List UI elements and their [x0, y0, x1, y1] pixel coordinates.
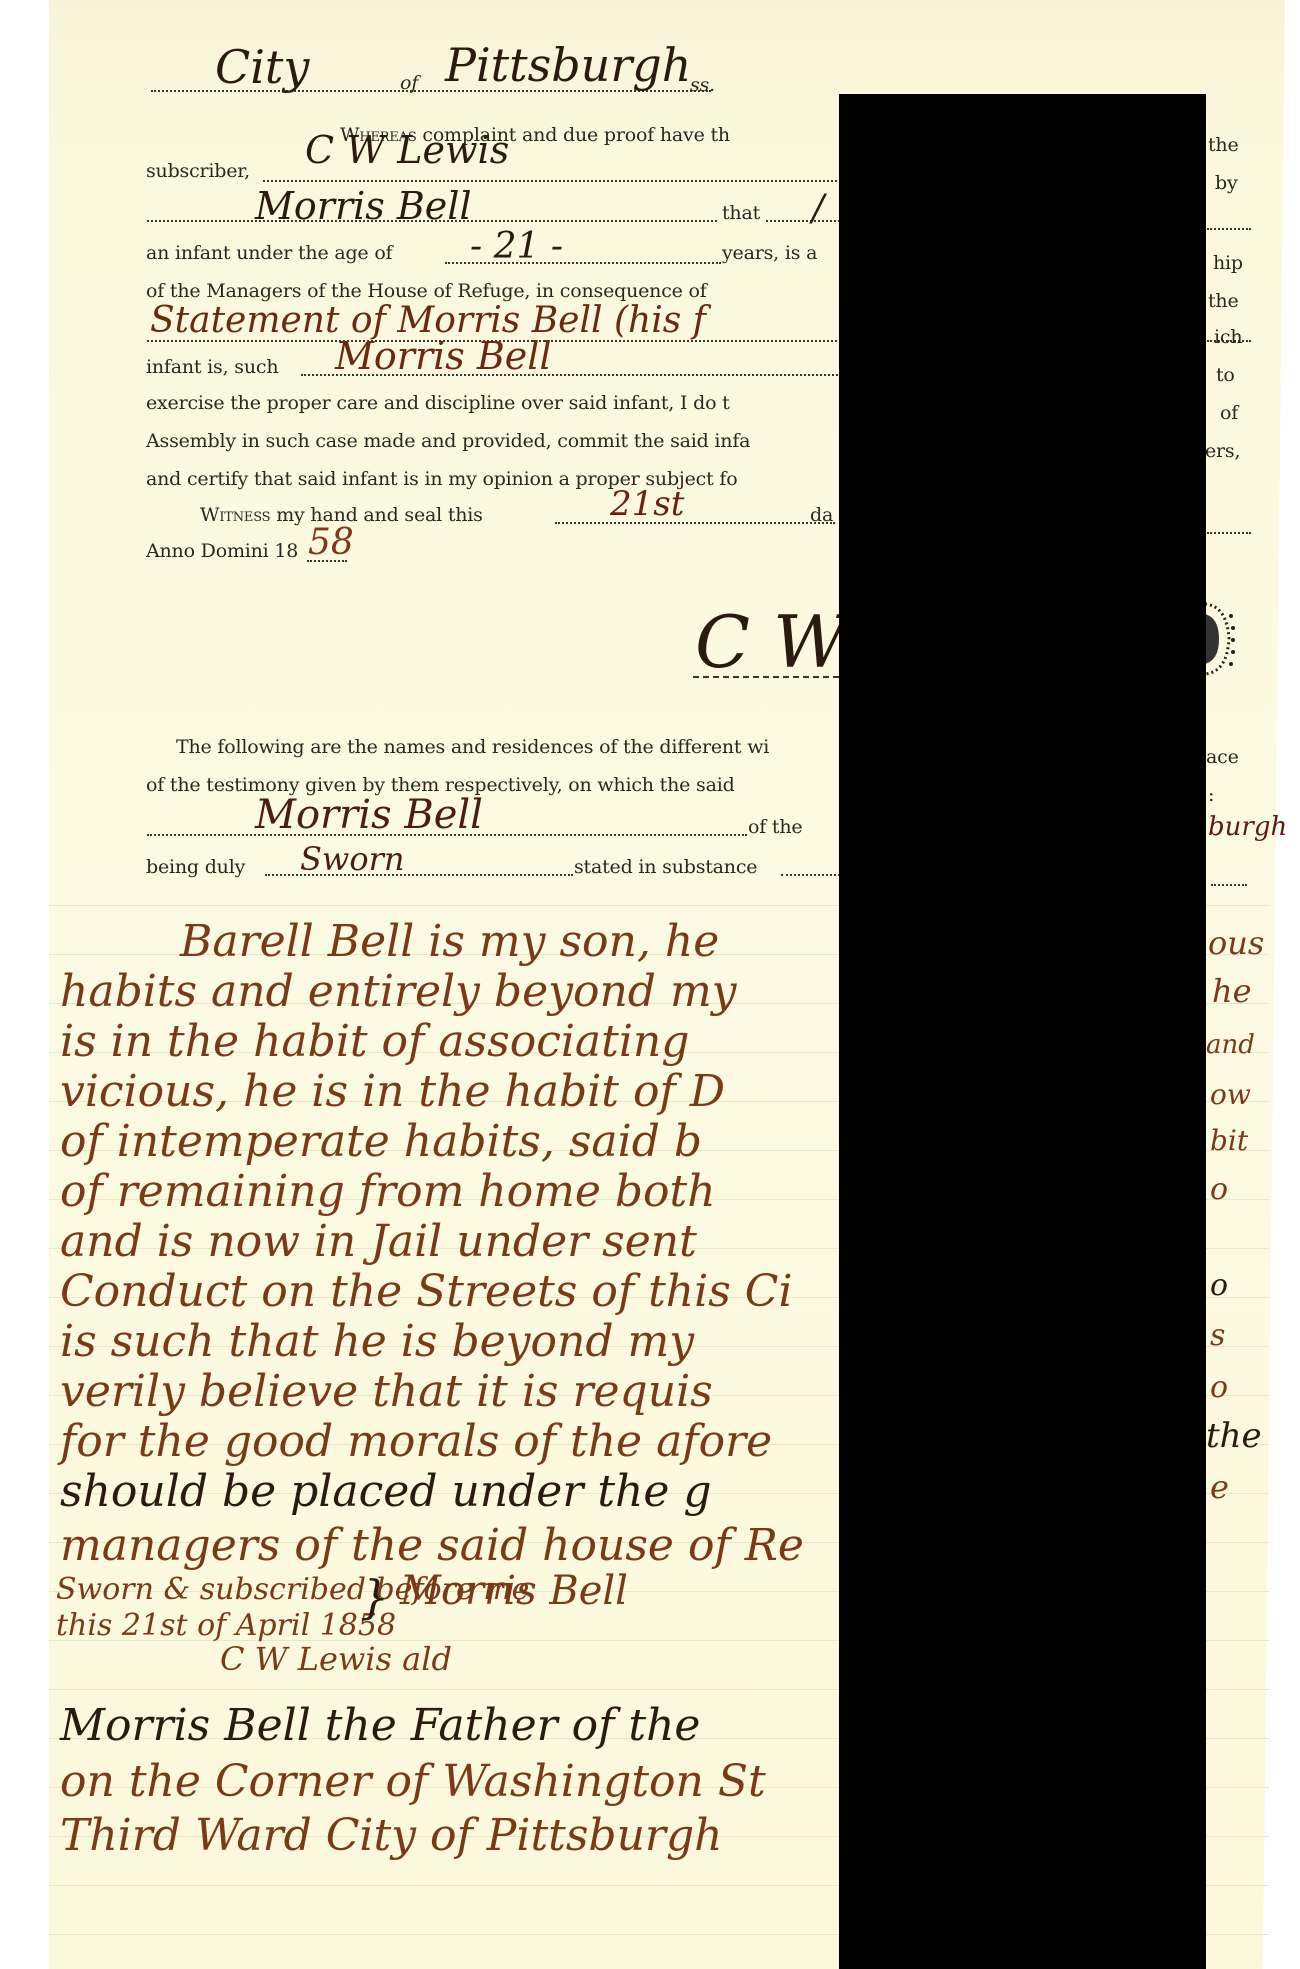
- witness-name-handwritten: Morris Bell: [255, 792, 483, 838]
- testimony-line-right: bit: [1210, 1124, 1248, 1157]
- testimony-line-right: s: [1210, 1318, 1225, 1353]
- form-line5-text: of the Managers of the House of Refuge, …: [146, 280, 707, 302]
- stated-in-substance-label: stated in substance: [574, 856, 757, 878]
- testimony-line: of remaining from home both: [60, 1166, 716, 1217]
- deponent-signature: Morris Bell: [400, 1568, 628, 1614]
- testimony-line: of intemperate habits, said b: [60, 1116, 702, 1167]
- witnesses-intro-line1-right: ace: [1206, 746, 1239, 768]
- testimony-line: Barell Bell is my son, he: [180, 916, 719, 967]
- age-label: an infant under the age of: [146, 242, 392, 264]
- of-the-label: of the: [748, 816, 802, 838]
- closing-line: Third Ward City of Pittsburgh: [60, 1810, 722, 1861]
- anno-domini-label: Anno Domini 18: [146, 540, 298, 562]
- testimony-line: verily believe that it is requis: [60, 1366, 713, 1417]
- form-line2-right: by: [1215, 172, 1238, 194]
- testimony-line-right: o: [1210, 1172, 1228, 1207]
- witnesses-intro-line2-right: :: [1208, 784, 1214, 806]
- redaction-block: [839, 94, 1206, 1969]
- testimony-line-right: the: [1206, 1416, 1262, 1456]
- sworn-handwritten: Sworn: [300, 840, 404, 878]
- form-line6-right: ich: [1214, 326, 1242, 348]
- testimony-line-right: ous: [1208, 924, 1264, 962]
- place-handwritten: Pittsburgh: [445, 38, 691, 92]
- of-label: of: [400, 72, 418, 94]
- testimony-line: and is now in Jail under sent: [60, 1216, 697, 1267]
- form-line8-right: of: [1220, 402, 1238, 424]
- subscriber-handwritten: C W Lewis: [305, 128, 509, 172]
- years-label: years, is a: [722, 242, 817, 264]
- complainant-name-handwritten: Morris Bell: [255, 184, 472, 228]
- bracket: }: [360, 1570, 389, 1624]
- jurat-signer: C W Lewis ald: [220, 1640, 452, 1678]
- that-label: that: [722, 202, 760, 224]
- witness-day-handwritten: 21st: [610, 484, 684, 524]
- form-line7-right: to: [1216, 364, 1235, 386]
- seal-icon: [1205, 596, 1235, 682]
- testimony-line: Conduct on the Streets of this Ci: [60, 1266, 793, 1317]
- testimony-line: habits and entirely beyond my: [60, 966, 737, 1017]
- testimony-line-right: and: [1206, 1030, 1255, 1060]
- testimony-line: vicious, he is in the habit of D: [60, 1066, 725, 1117]
- witness-label: Witness: [200, 504, 270, 526]
- form-line8-text: exercise the proper care and discipline …: [146, 392, 730, 414]
- day-label: da: [810, 504, 833, 526]
- form-line5-right: the: [1208, 290, 1239, 312]
- ss-label: ss.: [690, 74, 715, 96]
- form-line9-right: ers,: [1205, 440, 1240, 462]
- magistrate-signature: C W: [695, 600, 847, 684]
- anno-year-handwritten: 58: [308, 522, 354, 563]
- testimony-line: should be placed under the g: [60, 1466, 712, 1517]
- closing-line: on the Corner of Washington St: [60, 1756, 766, 1807]
- witnesses-intro-line1: The following are the names and residenc…: [176, 736, 769, 758]
- form-line4-right: hip: [1213, 252, 1243, 274]
- form-line1-right: the: [1208, 134, 1239, 156]
- testimony-line: for the good morals of the afore: [60, 1416, 772, 1467]
- subscriber-label: subscriber,: [146, 160, 250, 182]
- testimony-line-right: e: [1210, 1468, 1229, 1506]
- residence-fragment-handwritten: burgh: [1208, 812, 1287, 842]
- age-handwritten: - 21 -: [470, 226, 563, 267]
- testimony-line-right: o: [1210, 1268, 1228, 1303]
- infant-is-such-label: infant is, such: [146, 356, 278, 378]
- testimony-line-right: ow: [1210, 1078, 1251, 1111]
- jurat-line2: this 21st of April 1858: [56, 1608, 396, 1643]
- closing-line: Morris Bell the Father of the: [60, 1700, 700, 1751]
- being-duly-label: being duly: [146, 856, 245, 878]
- handwritten-fragment: /: [812, 188, 824, 229]
- infant-name-handwritten: Morris Bell: [335, 334, 552, 378]
- testimony-line-right: he: [1212, 972, 1252, 1010]
- testimony-line-right: o: [1210, 1370, 1228, 1405]
- testimony-line: is such that he is beyond my: [60, 1316, 694, 1367]
- testimony-line: is in the habit of associating: [60, 1016, 689, 1067]
- form-line9-text: Assembly in such case made and provided,…: [146, 430, 750, 452]
- testimony-line: managers of the said house of Re: [60, 1520, 804, 1571]
- venue-handwritten: City: [215, 40, 309, 94]
